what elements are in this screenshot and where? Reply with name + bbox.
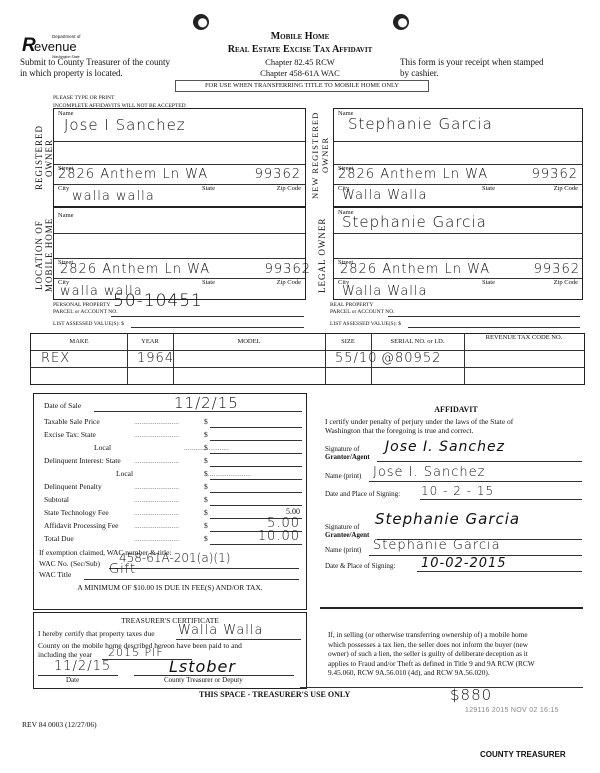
table-column-divider [464,334,465,384]
registered-owner-box: Name Jose I Sanchez Street 2826 Anthem L… [53,108,306,207]
legal-owner-section-label: LEGAL OWNER [317,215,327,295]
table-cell[interactable]: REX [41,351,70,366]
currency-symbol: $ [204,534,208,543]
grantee-name-print[interactable]: Stephanie Garcia [373,538,501,553]
legal-owner-street[interactable]: 2826 Anthem Ln WA [340,262,490,277]
location-street[interactable]: 2826 Anthem Ln WA [60,262,210,277]
zip-label: Zip Code [277,279,301,286]
leader-dots: ........................ [134,521,179,530]
table-cell[interactable]: 1964 [137,351,174,366]
new-owner-street[interactable]: 2826 Anthem Ln WA [338,167,488,182]
currency-symbol: $ [204,521,208,530]
leader-dots: ........................ [134,456,179,465]
fee-value[interactable]: 10.00 [258,529,300,544]
cert-date-value[interactable]: 11/2/15 [54,659,111,674]
table-row-divider [31,367,584,368]
name-label: Name [58,212,74,219]
chapter-wac: Chapter 458-61A WAC [240,68,360,79]
stamp-office: COUNTY TREASURER [480,750,566,759]
zip-label: Zip Code [277,185,301,192]
registered-owner-zip[interactable]: 99362 [255,167,301,182]
lien-notice: If, in selling (or otherwise transferrin… [328,630,588,678]
currency-symbol: $ [204,482,208,491]
zip-label: Zip Code [554,279,578,286]
leader-dots: ........................ [134,495,179,504]
legal-owner-assessed-value: LIST ASSESSED VALUE(S): $ [330,321,580,327]
wac-no-label: WAC No. (Sec/Sub) [39,559,100,568]
punch-hole-right [393,14,409,30]
new-registered-owner-box: Name Stephanie Garcia Street 2826 Anthem… [333,108,583,207]
cert-line-3: including the year [38,650,92,659]
table-column-divider [173,334,174,384]
instruction-type-print: PLEASE TYPE OR PRINT [53,94,186,102]
real-property-parcel: REAL PROPERTY PARCEL or ACCOUNT NO. [330,302,580,316]
affidavit-certify-2: Washington that the foregoing is true an… [325,426,587,435]
form-title-line-1: Mobile Home [200,30,400,43]
location-box: Name Street 2826 Anthem Ln WA 99362 City… [53,207,306,300]
new-owner-city[interactable]: Walla Walla [342,188,428,203]
submit-line-1: Submit to County Treasurer of the county [20,57,170,68]
date-of-sale-value[interactable]: 11/2/15 [174,394,239,412]
form-number: REV 84 0003 (12/27/06) [22,720,97,729]
table-column-divider [325,334,326,384]
grantee-signature[interactable]: Stephanie Garcia [375,515,520,523]
fee-label: Local [116,469,133,478]
currency-symbol: $ [204,508,208,517]
fee-value[interactable]: 5.00 [286,507,300,516]
fee-label: Total Due [44,534,74,543]
currency-symbol: $ [204,456,208,465]
personal-property-parcel: PERSONAL PROPERTY PARCEL or ACCOUNT NO. … [53,302,304,316]
affidavit-certify-1: I certify under penalty of perjury under… [325,417,587,426]
logo-main-text: evenue [34,39,77,54]
table-header-cell: MAKE [31,338,127,345]
date-of-sale-row: Date of Sale 11/2/15 [44,401,344,410]
receipt-line-1: This form is your receipt when stamped [400,57,543,68]
currency-symbol: $ [204,443,208,452]
leader-dots: ........................ [134,508,179,517]
grantor-date-row: Date and Place of Signing: 10 - 2 - 15 [325,489,587,498]
affidavit-title: AFFIDAVIT [325,405,587,414]
fee-label: Delinquent Penalty [44,482,102,491]
treasurer-use-only: THIS SPACE - TREASURER'S USE ONLY [199,690,350,699]
fee-label: Taxable Sale Price [44,417,100,426]
grantor-name-print[interactable]: Jose I. Sanchez [373,465,485,480]
grantee-name-print-row: Name (print) Stephanie Garcia [325,545,587,554]
grantee-date-row: Date & Place of Signing: 10-02-2015 [325,561,587,570]
registered-owner-section-label: REGISTEREDOWNER [34,118,54,198]
fee-label: Affidavit Processing Fee [44,521,118,530]
use-banner-text: FOR USE WHEN TRANSFERRING TITLE TO MOBIL… [205,82,399,89]
zip-label: Zip Code [554,185,578,192]
table-header-cell: REVENUE TAX CODE NO. [464,334,584,341]
grantor-signature[interactable]: Jose I. Sanchez [385,443,505,451]
treasurers-certificate-box: TREASURER'S CERTIFICATE I hereby certify… [33,612,307,689]
receipt-note: This form is your receipt when stamped b… [400,57,543,79]
affidavit-divider [320,607,583,609]
leader-dots: ........................ [206,469,251,478]
leader-dots: ........................ [134,534,179,543]
submit-instructions: Submit to County Treasurer of the county… [20,57,170,79]
new-owner-zip[interactable]: 99362 [532,167,578,182]
leader-dots: ........................ [134,482,179,491]
cashier-stamp: 129116 2015 NOV 02 16:15 [465,707,559,714]
table-header-cell: SERIAL NO. or I.D. [371,338,464,345]
fee-label: Local [94,443,111,452]
state-label: State [202,185,215,192]
grantee-signature-row: Signature of Grantee/Agent Stephanie Gar… [325,523,587,539]
table-header-cell: YEAR [127,338,173,345]
fee-label: Delinquent Interest: State [44,456,121,465]
receipt-line-2: by cashier. [400,68,543,79]
state-label: State [482,279,495,286]
exemption-section: If exemption claimed, WAC number & title… [39,547,301,593]
currency-symbol: $ [204,417,208,426]
location-section-label: LOCATION OFMOBILE HOME [34,210,54,300]
cert-date-label: Date [66,676,79,684]
amount-written: $880 [450,686,492,704]
table-column-divider [127,334,128,384]
grantor-name-print-row: Name (print) Jose I. Sanchez [325,471,587,480]
form-title: Mobile Home Real Estate Excise Tax Affid… [200,30,400,56]
legal-owner-city[interactable]: Walla Walla [342,284,428,299]
wac-title-value[interactable]: Gift [109,564,136,575]
use-banner: FOR USE WHEN TRANSFERRING TITLE TO MOBIL… [175,80,429,92]
currency-symbol: $ [204,495,208,504]
fee-label: Excise Tax: State [44,430,96,439]
table-header-cell: MODEL [173,338,325,345]
legal-owner-zip[interactable]: 99362 [534,262,580,277]
punch-hole-left [193,14,209,30]
mobile-home-details-table: MAKEYEARMODELSIZESERIAL NO. or I.D.REVEN… [30,333,585,385]
personal-property-parcel-value[interactable]: 50-10451 [113,298,203,305]
city-label: City [58,185,69,192]
form-title-line-2: Real Estate Excise Tax Affidavit [200,43,400,56]
chapter-references: Chapter 82.45 RCW Chapter 458-61A WAC [240,57,360,79]
registered-owner-name[interactable]: Jose I Sanchez [64,116,186,134]
table-row-divider [31,350,584,351]
table-cell[interactable]: @80952 [381,351,441,366]
legal-owner-box: Name Stephanie Garcia Street 2826 Anthem… [333,207,583,300]
grantor-signature-row: Signature of Grantor/Agent Jose I. Sanch… [325,445,587,461]
currency-symbol: $ [204,469,208,478]
cert-signature-value[interactable]: Lstober [169,657,236,676]
table-header-cell: SIZE [325,338,371,345]
minimum-note: A MINIMUM OF $10.00 IS DUE IN FEE(S) AND… [39,582,301,593]
wac-title-label: WAC Title [39,570,71,579]
location-zip[interactable]: 99362 [265,262,311,277]
fee-label: Subtotal [44,495,69,504]
submit-line-2: in which property is located. [20,68,170,79]
registered-owner-street[interactable]: 2826 Anthem Ln WA [58,167,208,182]
currency-symbol: $ [204,430,208,439]
state-label: State [202,279,215,286]
affidavit-section: AFFIDAVIT I certify under penalty of per… [325,405,587,435]
location-assessed-value: LIST ASSESSED VALUE(S): $ [53,321,304,327]
treasurer-use-divider [300,687,583,688]
grantor-date[interactable]: 10 - 2 - 15 [421,484,494,498]
registered-owner-city[interactable]: walla walla [72,189,155,204]
fees-box: Date of Sale 11/2/15 Taxable Sale Price.… [33,393,307,610]
cert-line-1: I hereby certify that property taxes due [38,629,155,638]
state-label: State [482,185,495,192]
leader-dots: ........................ [134,430,179,439]
grantee-date[interactable]: 10-02-2015 [421,556,507,571]
new-registered-owner-section-label: NEW REGISTEREDOWNER [310,110,330,200]
legal-owner-name[interactable]: Stephanie Garcia [342,213,487,231]
table-column-divider [371,334,372,384]
cert-year-value[interactable]: 2015 PIF [108,646,164,659]
treasurers-certificate-title: TREASURER'S CERTIFICATE [34,616,306,625]
date-of-sale-label: Date of Sale [44,401,81,410]
leader-dots: ........................ [134,417,179,426]
new-owner-name[interactable]: Stephanie Garcia [348,115,493,133]
cert-signature-label: County Treasurer or Deputy [164,676,243,684]
cert-county-value[interactable]: Walla Walla [178,623,264,638]
chapter-rcw: Chapter 82.45 RCW [240,57,360,68]
fee-label: State Technology Fee [44,508,109,517]
